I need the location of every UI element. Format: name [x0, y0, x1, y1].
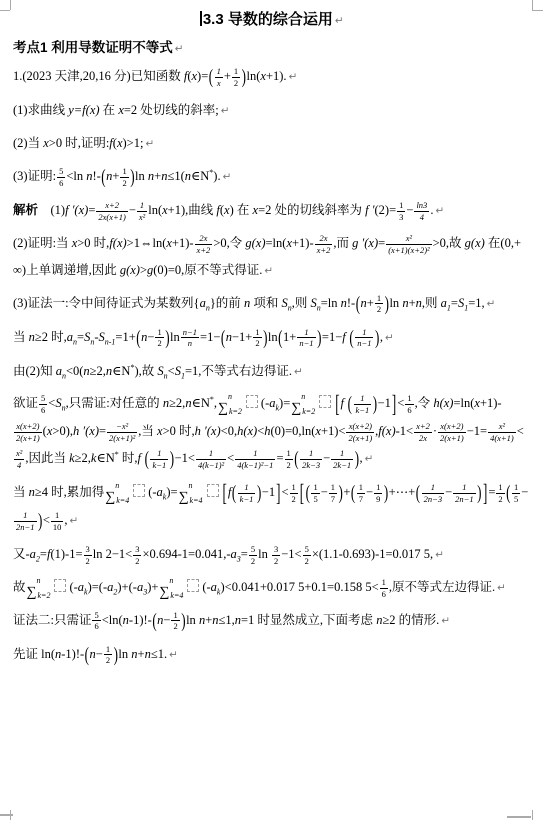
text-run: −: [406, 203, 413, 217]
fraction-denominator: 2: [232, 78, 240, 89]
text-run: 证法二:只需证: [13, 613, 91, 627]
fraction: 12k−1: [331, 448, 353, 470]
text-run: ,当: [138, 424, 157, 438]
sigma-icon: ∑: [159, 586, 169, 600]
big-paren: ): [373, 383, 377, 425]
fraction: 16: [380, 577, 388, 599]
text-run: !-: [92, 169, 100, 183]
fraction: 19: [374, 482, 382, 504]
crop-mark-top-right-v: [532, 0, 533, 10]
analysis-part2: (2)证明:当 x>0 时,f(x)>1⇔ln(x+1)-2xx+2>0,令 g…: [13, 230, 531, 284]
missing-glyph-box: [319, 395, 331, 408]
fraction-denominator: 3: [397, 212, 405, 223]
big-bracket: [: [335, 378, 339, 431]
text-run: =1 时显然成立,下面考虑: [241, 613, 376, 627]
missing-glyph-box: [187, 579, 199, 592]
text-run: ≥4 时,累加得: [35, 485, 104, 499]
fraction: 1x: [215, 66, 223, 88]
text-run: +: [409, 296, 416, 310]
fraction: 32: [272, 544, 280, 566]
text-run: ≤1,: [219, 613, 235, 627]
fraction: 12: [375, 293, 383, 315]
fraction-numerator: 2x: [315, 233, 333, 245]
text-run: =: [241, 547, 248, 561]
text-run: −1: [378, 396, 391, 410]
big-paren: ): [170, 438, 174, 480]
text-run: −1<: [175, 451, 195, 465]
fraction-denominator: 5: [311, 494, 319, 505]
text-run: ).: [213, 169, 220, 183]
fraction-numerator: −x²: [107, 421, 137, 433]
fraction: 52: [303, 544, 311, 566]
fraction: 12: [496, 482, 504, 504]
text-run: +: [112, 169, 119, 183]
fraction-numerator: 5: [39, 393, 47, 405]
math-run: f: [342, 330, 349, 344]
text-run: +1),曲线: [168, 203, 217, 217]
text-run: )+: [147, 580, 158, 594]
big-paren: (: [348, 383, 352, 425]
summation: n∑k=2: [27, 577, 51, 600]
analysis-part1: 解析 (1)f ′(x)=x+22x(x+1)−1x²ln(x+1),曲线 f(…: [13, 197, 531, 224]
fraction: x²4(x+1): [488, 421, 516, 443]
fraction-denominator: 2(x+1)²: [107, 433, 137, 444]
fraction-numerator: 1: [290, 482, 298, 494]
big-paren: (: [278, 317, 282, 359]
big-paren: (: [416, 472, 420, 514]
big-paren: ): [477, 472, 481, 514]
big-paren: ): [375, 317, 379, 359]
big-bracket: ]: [276, 467, 280, 520]
method1-step5: 当 n≥4 时,累加得n∑k=4(-ak)=n∑k=4[f(1k−1)−1]<1…: [13, 479, 531, 535]
fraction-denominator: 2: [155, 338, 163, 349]
fraction: −x²2(x+1)²: [107, 421, 137, 443]
method1-step6: 又-a2=f(1)-1=32ln 2−1<32×0.694-1=0.041,-a…: [13, 541, 531, 568]
text-run: −: [366, 485, 373, 499]
big-paren: ): [38, 500, 42, 542]
text-run: −: [129, 203, 136, 217]
fraction-numerator: 1: [232, 66, 240, 78]
big-paren: (: [221, 317, 225, 359]
text-run: <ln(: [102, 613, 123, 627]
fraction-denominator: 6: [39, 405, 47, 416]
text-run: ∈N: [112, 364, 130, 378]
paragraph-mark-icon: ↵: [169, 649, 178, 661]
fraction-denominator: 2n−1: [14, 522, 37, 533]
fraction-numerator: 1: [51, 510, 64, 522]
fraction-denominator: x+2: [315, 245, 333, 256]
fraction-numerator: 1: [331, 448, 353, 460]
text-run: −: [445, 485, 452, 499]
fraction-numerator: 5: [249, 544, 257, 556]
sigma-icon: ∑: [105, 491, 115, 505]
fraction-denominator: 2: [120, 178, 128, 189]
summation-row: ∑k=4: [179, 491, 203, 505]
math-run: f ′(x): [65, 203, 88, 217]
sigma-icon: ∑: [291, 402, 301, 416]
text-run: 3.3 导数的综合运用: [203, 11, 333, 28]
fraction-numerator: x²: [386, 233, 431, 245]
big-paren: (: [306, 472, 310, 514]
doc-title: 3.3 导数的综合运用↵: [13, 6, 531, 35]
crop-mark-bottom-left-h: [0, 814, 13, 816]
fraction-numerator: 1: [311, 482, 319, 494]
fraction-denominator: 2: [249, 556, 257, 567]
paragraph-mark-icon: ↵: [223, 171, 232, 183]
text-run: =: [99, 424, 106, 438]
paragraph-mark-icon: ↵: [175, 43, 184, 55]
fraction-numerator: 1: [397, 200, 405, 212]
big-paren: (: [506, 472, 510, 514]
text-run: <: [281, 485, 288, 499]
text-run: =: [451, 296, 458, 310]
text-run: (0)=0,ln(: [271, 424, 316, 438]
fraction: 56: [92, 610, 100, 632]
fraction: 12: [155, 327, 163, 349]
text-run: )=: [279, 396, 290, 410]
text-run: ×(1.1-0.693)-1=0.017 5,: [312, 547, 433, 561]
fraction: 16: [405, 393, 413, 415]
fraction-numerator: 1: [453, 482, 476, 494]
fraction: 12: [232, 66, 240, 88]
problem-statement: 1.(2023 天津,20,16 分)已知函数 f(x)=(1x+12)ln(x…: [13, 63, 531, 91]
fraction-denominator: k−1: [150, 460, 168, 471]
fraction-numerator: 1: [329, 482, 337, 494]
fraction-denominator: k−1: [354, 405, 372, 416]
text-run: <: [517, 424, 524, 438]
method1-step7: 故n∑k=2(-ak)=(-a2)+(-a3)+n∑k=4(-ak)<0.041…: [13, 574, 531, 601]
fraction-denominator: n−1: [297, 338, 315, 349]
big-bracket: [: [223, 467, 227, 520]
fraction-denominator: 6: [92, 621, 100, 632]
text-run: 先证 ln(: [13, 647, 55, 661]
fraction-numerator: 1: [374, 482, 382, 494]
text-run: =1−: [322, 330, 342, 344]
text-run: ≥2,: [75, 451, 91, 465]
fraction-numerator: x(x+2): [14, 421, 42, 433]
text-run: -1)!-: [61, 647, 84, 661]
text-run: ln(: [247, 69, 261, 83]
text-run: ,令: [415, 396, 434, 410]
text-run: ln(: [148, 203, 162, 217]
text-run: ,: [64, 513, 67, 527]
fraction: 1n−1: [297, 327, 315, 349]
fraction-denominator: 2x(x+1): [96, 212, 127, 223]
text-run: <: [43, 513, 50, 527]
fraction-numerator: 1: [253, 327, 261, 339]
summation-lower-limit: k=4: [190, 497, 203, 505]
fraction-denominator: 6: [405, 405, 413, 416]
text-run: >0 时,证明:: [49, 136, 110, 150]
text-run: 考点1 利用导数证明不等式: [13, 40, 173, 55]
text-run: =1−: [200, 330, 220, 344]
text-run: >0,令: [213, 236, 245, 250]
text-run: ,只需证:对任意的: [66, 396, 163, 410]
fraction-numerator: 1: [405, 393, 413, 405]
fraction: 1k−1: [354, 393, 372, 415]
text-run: >: [140, 263, 147, 277]
fraction-denominator: 2: [375, 304, 383, 315]
math-run: f: [138, 451, 145, 465]
text-run: 1+: [283, 330, 296, 344]
bold-label: 解析: [13, 203, 38, 217]
text-run: +: [367, 296, 374, 310]
fraction-denominator: 9: [374, 494, 382, 505]
text-run: <ln: [66, 169, 86, 183]
text-run: (-: [69, 580, 77, 594]
question-2: (2)当 x>0 时,证明:f(x)>1;↵: [13, 130, 531, 157]
text-run: 又-: [13, 547, 30, 561]
text-run: ≤1(: [167, 169, 184, 183]
paragraph-mark-icon: ↵: [264, 265, 273, 277]
fraction-denominator: 2: [84, 556, 92, 567]
summation-upper-limit: n: [36, 577, 40, 585]
fraction-numerator: x(x+2): [438, 421, 466, 433]
fraction-denominator: 2: [285, 460, 293, 471]
fraction-numerator: 1: [355, 327, 373, 339]
summation-lower-limit: k=4: [170, 592, 183, 600]
crop-mark-top-left-v: [10, 0, 11, 10]
fraction-numerator: 1: [422, 482, 445, 494]
missing-glyph-box: [246, 395, 258, 408]
text-run: )=: [166, 485, 177, 499]
text-run: (-: [148, 485, 156, 499]
text-run: >1⇔ln(: [127, 236, 167, 250]
sigma-icon: ∑: [27, 586, 37, 600]
big-paren: ): [355, 438, 359, 480]
text-run: ≥2,: [90, 364, 106, 378]
paragraph-mark-icon: ↵: [294, 366, 303, 378]
fraction-denominator: 4: [414, 212, 429, 223]
math-run: f(x): [109, 236, 126, 250]
text-run: -1)!-: [129, 613, 152, 627]
text-run: +1)<: [321, 424, 346, 438]
text-run: (1)求曲线: [13, 103, 68, 117]
big-paren: ): [385, 283, 389, 325]
fraction-denominator: 2: [303, 556, 311, 567]
text-run: !-: [347, 296, 355, 310]
text-run: =: [488, 485, 495, 499]
paragraph-mark-icon: ↵: [145, 138, 154, 150]
paragraph-mark-icon: ↵: [335, 15, 344, 27]
question-1: (1)求曲线 y=f(x) 在 x=2 处切线的斜率;↵: [13, 97, 531, 124]
big-paren: (: [209, 56, 213, 98]
text-run: −: [147, 330, 154, 344]
fraction: 32: [84, 544, 92, 566]
fraction: 12: [104, 644, 112, 666]
fraction-denominator: 2(x+1): [346, 433, 374, 444]
text-run: <: [227, 451, 234, 465]
fraction-denominator: 2: [272, 556, 280, 567]
fraction-denominator: 6: [380, 589, 388, 600]
paragraph-mark-icon: ↵: [435, 549, 444, 561]
fraction: 56: [57, 166, 65, 188]
math-run: g(x): [120, 263, 140, 277]
text-run: =: [378, 236, 385, 250]
text-run: =1,不等式右边得证.: [185, 364, 292, 378]
fraction-numerator: 1: [297, 327, 315, 339]
fraction-denominator: k−1: [238, 494, 256, 505]
text-run: ln: [268, 330, 278, 344]
fraction-numerator: n−1: [181, 327, 199, 339]
text-run: <: [168, 364, 175, 378]
paragraph-mark-icon: ↵: [441, 615, 450, 627]
text-run: =: [88, 203, 95, 217]
fraction-denominator: 2: [253, 338, 261, 349]
text-run: <0,: [221, 424, 237, 438]
text-run: ln 2−1<: [93, 547, 132, 561]
text-run: (1)-1=: [50, 547, 82, 561]
fraction: 12: [285, 448, 293, 470]
subscript: n-1: [105, 337, 116, 346]
fraction-denominator: n−1: [355, 338, 373, 349]
math-run: f ′: [365, 203, 374, 217]
big-paren: ): [114, 634, 118, 676]
text-run: +⋯+: [389, 485, 416, 499]
fraction: x²(x+1)(x+2)²: [386, 233, 431, 255]
fraction: 110: [51, 510, 64, 532]
summation: n∑k=2: [218, 393, 242, 416]
text-run: +1)-: [292, 236, 314, 250]
text-run: +: [224, 69, 231, 83]
text-run: =: [276, 451, 283, 465]
big-bracket: ]: [392, 378, 396, 431]
text-cursor: [200, 11, 202, 26]
fraction: 12: [253, 327, 261, 349]
text-run: ln: [389, 296, 402, 310]
fraction-numerator: 1: [215, 66, 223, 78]
text-run: +: [343, 485, 350, 499]
text-run: 1.(2023 天津,20,16 分)已知函数: [13, 69, 184, 83]
fraction-denominator: n: [181, 338, 199, 349]
text-run: }的前: [210, 296, 244, 310]
text-run: 项和: [250, 296, 281, 310]
text-run: ∈N: [96, 451, 114, 465]
fraction: 2xx+2: [195, 233, 213, 255]
text-run: =: [40, 547, 47, 561]
text-run: ≥2 的情形.: [382, 613, 439, 627]
text-run: ,原不等式左边得证.: [389, 580, 495, 594]
text-run: -1<: [396, 424, 413, 438]
document-page: 3.3 导数的综合运用↵考点1 利用导数证明不等式↵1.(2023 天津,20,…: [0, 0, 543, 820]
big-paren: ): [257, 472, 261, 514]
text-run: (2)证明:当: [13, 236, 72, 250]
fraction-numerator: 1: [171, 610, 179, 622]
paragraph-mark-icon: ↵: [289, 71, 298, 83]
fraction: 12n−1: [14, 510, 37, 532]
big-paren: ): [384, 472, 388, 514]
fraction: 2xx+2: [315, 233, 333, 255]
text-run: 在: [100, 103, 119, 117]
big-paren: ): [181, 600, 185, 642]
method2-intro: 证法二:只需证56<ln(n-1)!-(n−12)ln n+n≤1,n=1 时显…: [13, 607, 531, 635]
text-run: ln: [135, 169, 148, 183]
crop-mark-bottom-right-h: [507, 816, 531, 818]
text-run: +1)-: [172, 236, 194, 250]
big-bracket: ]: [483, 467, 487, 520]
fraction-denominator: x²: [137, 212, 147, 223]
text-run: −: [521, 485, 528, 499]
method2-step1: 先证 ln(n-1)!-(n−12)ln n+n≤1.↵: [13, 641, 531, 669]
text-run: ×0.694-1=0.041,-: [142, 547, 230, 561]
fraction: x+22x: [414, 421, 432, 443]
summation-upper-limit: n: [189, 482, 193, 490]
fraction-numerator: 3: [133, 544, 141, 556]
text-run: .: [430, 203, 433, 217]
fraction-numerator: 2x: [195, 233, 213, 245]
text-run: =ln: [321, 296, 341, 310]
fraction: 15: [512, 482, 520, 504]
fraction: 1k−1: [238, 482, 256, 504]
text-run: −: [163, 613, 170, 627]
question-3: (3)证明:56<ln n!-(n+12)ln n+n≤1(n∈N*).↵: [13, 163, 531, 191]
text-run: ln: [118, 647, 131, 661]
summation-upper-limit: n: [115, 482, 119, 490]
text-run: =2 处切线的斜率;: [124, 103, 219, 117]
paragraph-mark-icon: ↵: [70, 515, 79, 527]
crop-mark-top-right-h: [532, 10, 543, 11]
fraction: 12n−1: [453, 482, 476, 504]
fraction-numerator: 1: [375, 293, 383, 305]
fraction-denominator: 4: [14, 460, 24, 471]
missing-glyph-box: [54, 579, 66, 592]
fraction-numerator: 1: [14, 510, 37, 522]
math-run: h(x): [433, 396, 453, 410]
fraction-numerator: x+2: [96, 200, 127, 212]
text-run: −: [323, 451, 330, 465]
paragraph-mark-icon: ↵: [385, 332, 394, 344]
missing-glyph-box: [133, 484, 145, 497]
fraction-denominator: 2(x+1): [438, 433, 466, 444]
fraction-numerator: 1: [155, 327, 163, 339]
math-run: h ′(x): [73, 424, 99, 438]
fraction-denominator: 2: [171, 621, 179, 632]
fraction: 15: [311, 482, 319, 504]
text-run: (3)证法一:令中间待证式为某数列{: [13, 296, 200, 310]
big-paren: (: [356, 283, 360, 325]
fraction: 17: [329, 482, 337, 504]
paragraph-mark-icon: ↵: [365, 453, 374, 465]
fraction: x(x+2)2(x+1): [438, 421, 466, 443]
text-run: ∈N: [192, 396, 210, 410]
summation-lower-limit: k=2: [38, 592, 51, 600]
summation-upper-limit: n: [228, 393, 232, 401]
summation-upper-limit: n: [301, 393, 305, 401]
fraction-denominator: 6: [57, 178, 65, 189]
fraction-numerator: x+2: [414, 421, 432, 433]
text-run: 故: [13, 580, 26, 594]
text-run: )=(-: [88, 580, 108, 594]
summation-lower-limit: k=2: [302, 408, 315, 416]
math-run: f: [341, 396, 348, 410]
text-run: (0)=0,原不等式得证.: [153, 263, 262, 277]
text-run: )=: [197, 69, 208, 83]
summation-upper-limit: n: [169, 577, 173, 585]
text-run: 由(2)知: [13, 364, 56, 378]
math-run: g ′(x): [352, 236, 378, 250]
fraction-numerator: 1: [496, 482, 504, 494]
fraction-numerator: 1: [380, 577, 388, 589]
section-heading: 考点1 利用导数证明不等式↵: [13, 37, 531, 60]
fraction: 12: [290, 482, 298, 504]
fraction-numerator: 3: [84, 544, 92, 556]
text-run: ln: [170, 330, 180, 344]
summation-lower-limit: k=4: [116, 497, 129, 505]
fraction: 1k−1: [150, 448, 168, 470]
text-run: ),故: [134, 364, 157, 378]
fraction: 52: [249, 544, 257, 566]
text-run: (1): [38, 203, 65, 217]
